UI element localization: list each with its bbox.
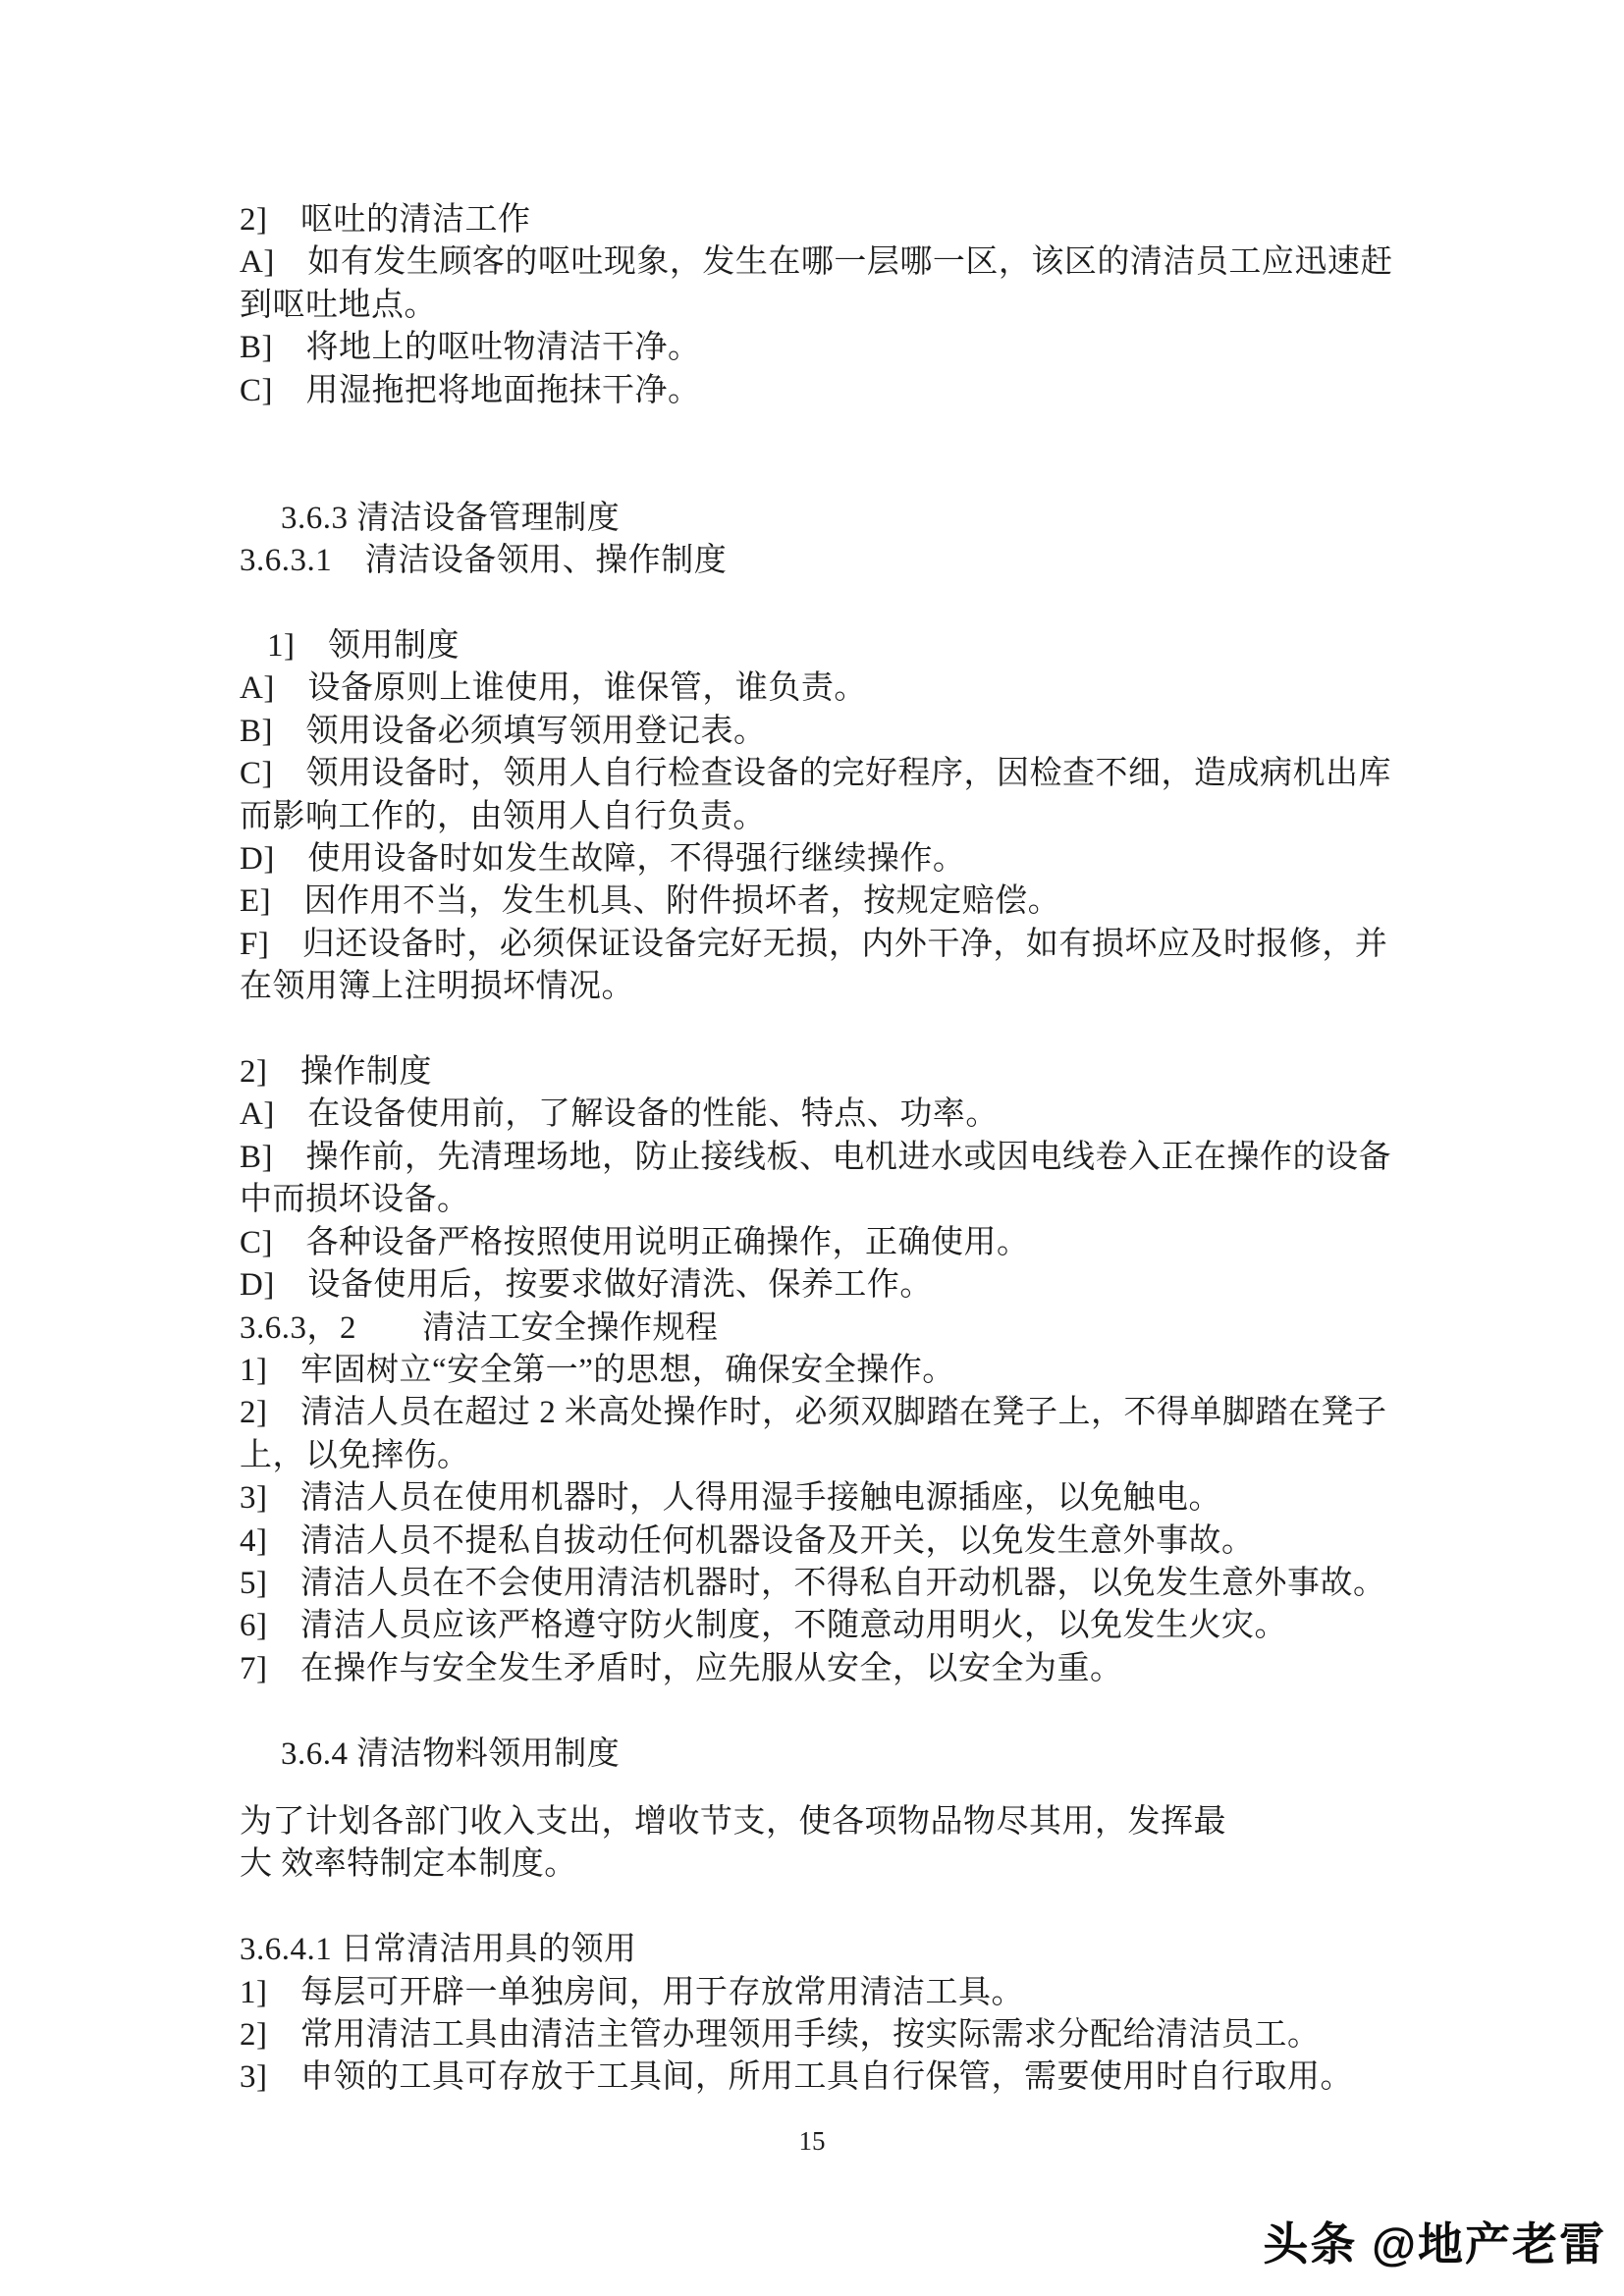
list-item-continuation: 而影响工作的，由领用人自行负责。 [240,796,1457,838]
section-heading: 3.6.4 清洁物料领用制度 [240,1734,1457,1776]
section-heading: 3.6.3 清洁设备管理制度 [240,498,1457,540]
list-item: 2] 清洁人员在超过 2 米高处操作时，必须双脚踏在凳子上，不得单脚踏在凳子 [240,1392,1457,1434]
list-item: 4] 清洁人员不提私自拔动任何机器设备及开关，以免发生意外事故。 [240,1521,1457,1563]
list-item: A] 设备原则上谁使用，谁保管，谁负责。 [240,667,1457,710]
blank-line [240,1776,1457,1801]
list-item: C] 各种设备严格按照使用说明正确操作，正确使用。 [240,1222,1457,1264]
list-item: 2] 常用清洁工具由清洁主管办理领用手续，按实际需求分配给清洁员工。 [240,2014,1457,2056]
blank-line [240,1887,1457,1929]
list-item: 1] 牢固树立“安全第一”的思想，确保安全操作。 [240,1350,1457,1392]
list-item: C] 领用设备时，领用人自行检查设备的完好程序，因检查不细，造成病机出库 [240,753,1457,795]
list-item: D] 使用设备时如发生故障，不得强行继续操作。 [240,838,1457,881]
list-item: 1] 每层可开辟一单独房间，用于存放常用清洁工具。 [240,1972,1457,2014]
list-item-continuation: 上，以免摔伤。 [240,1435,1457,1477]
list-item-continuation: 到呕吐地点。 [240,285,1457,327]
watermark: 头条 @地产老雷 [1263,2209,1606,2273]
list-item: B] 领用设备必须填写领用登记表。 [240,711,1457,753]
document-body: 2] 呕吐的清洁工作 A] 如有发生顾客的呕吐现象，发生在哪一层哪一区，该区的清… [240,199,1457,2100]
paragraph-line: 大 效率特制定本制度。 [240,1843,1457,1886]
list-item: 3] 申领的工具可存放于工具间，所用工具自行保管，需要使用时自行取用。 [240,2056,1457,2099]
list-item: A] 在设备使用前，了解设备的性能、特点、功率。 [240,1094,1457,1136]
list-item: B] 将地上的呕吐物清洁干净。 [240,327,1457,369]
page-number: 15 [0,2126,1624,2157]
list-item: B] 操作前，先清理场地，防止接线板、电机进水或因电线卷入正在操作的设备 [240,1137,1457,1179]
list-item: 7] 在操作与安全发生矛盾时，应先服从安全，以安全为重。 [240,1648,1457,1690]
list-item: 5] 清洁人员在不会使用清洁机器时，不得私自开动机器，以免发生意外事故。 [240,1563,1457,1605]
section-subheading: 3.6.4.1 日常清洁用具的领用 [240,1929,1457,1971]
list-item-continuation: 在领用簿上注明损坏情况。 [240,966,1457,1008]
list-item: D] 设备使用后，按要求做好清洗、保养工作。 [240,1264,1457,1307]
list-heading: 2] 操作制度 [240,1051,1457,1094]
list-item: E] 因作用不当，发生机具、附件损坏者，按规定赔偿。 [240,881,1457,923]
blank-line [240,412,1457,454]
list-item: 6] 清洁人员应该严格遵守防火制度，不随意动用明火，以免发生火灾。 [240,1605,1457,1647]
list-item: C] 用湿拖把将地面拖抹干净。 [240,370,1457,412]
list-item: 3] 清洁人员在使用机器时，人得用湿手接触电源插座，以免触电。 [240,1477,1457,1520]
section-subheading: 3.6.3，2 清洁工安全操作规程 [240,1308,1457,1350]
list-item-continuation: 中而损坏设备。 [240,1179,1457,1221]
document-page: 2] 呕吐的清洁工作 A] 如有发生顾客的呕吐现象，发生在哪一层哪一区，该区的清… [0,0,1624,2296]
blank-line [240,454,1457,497]
paragraph-line: 为了计划各部门收入支出，增收节支，使各项物品物尽其用，发挥最 [240,1801,1457,1843]
list-item: A] 如有发生顾客的呕吐现象，发生在哪一层哪一区，该区的清洁员工应迅速赶 [240,241,1457,284]
section-subheading: 3.6.3.1 清洁设备领用、操作制度 [240,540,1457,582]
list-item: F] 归还设备时，必须保证设备完好无损，内外干净，如有损坏应及时报修，并 [240,924,1457,966]
list-item: 2] 呕吐的清洁工作 [240,199,1457,241]
blank-line [240,1009,1457,1051]
list-heading: 1] 领用制度 [240,625,1457,667]
blank-line [240,583,1457,625]
blank-line [240,1690,1457,1733]
